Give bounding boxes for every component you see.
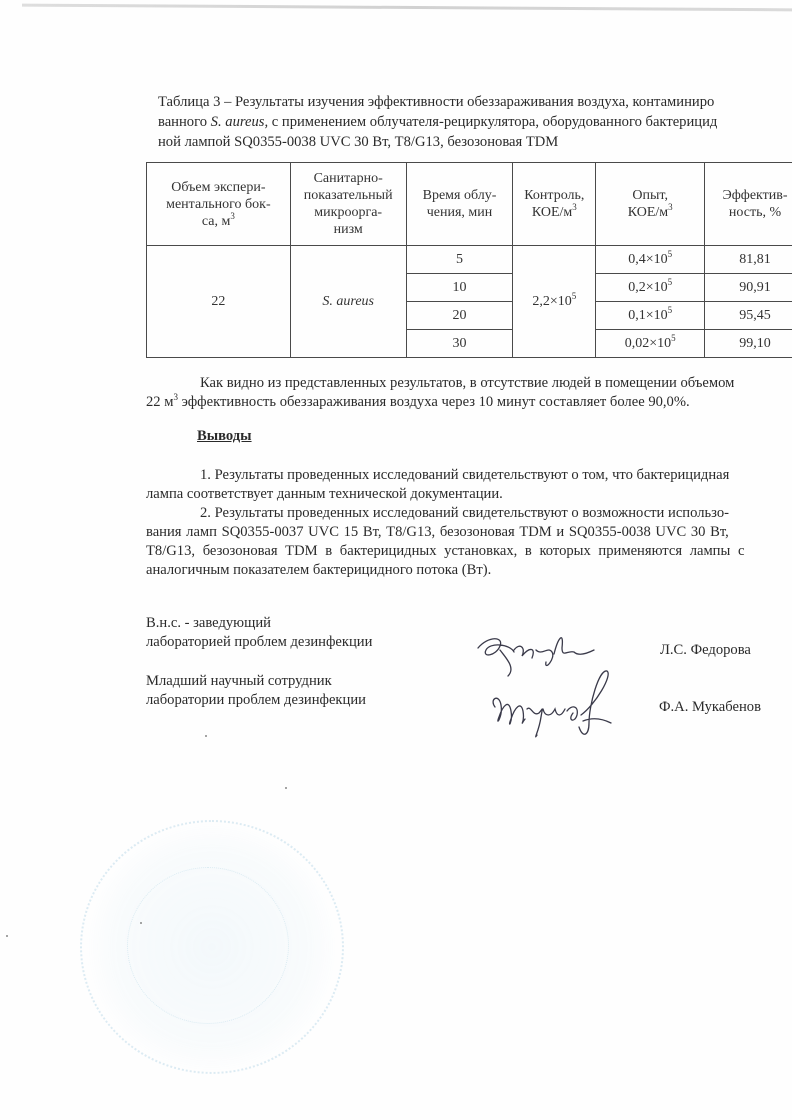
cell-efficiency: 90,91 [705,274,792,302]
scan-speck [6,935,8,937]
conclusion-1-line-1: 1. Результаты проведенных исследований с… [200,466,729,485]
results-table: Объем экспери-ментального бок-са, м3 Сан… [146,162,792,358]
caption-line-1: Таблица 3 – Результаты изучения эффектив… [158,92,792,112]
organism-name: S. aureus, [211,114,268,130]
scan-speck [140,922,142,924]
conclusion-2-line-2: вания ламп SQ0355-0037 UVC 15 Вт, T8/G13… [146,523,729,542]
scan-edge-line [22,4,792,12]
signatory-1-position-line-1: В.н.с. - заведующий [146,614,271,633]
cell-microorganism: S. aureus [290,246,406,358]
faint-stamp-seal [80,820,344,1074]
header-microorganism: Санитарно-показательныймикроорга-низм [290,163,406,246]
cell-time: 20 [406,302,513,330]
cell-efficiency: 81,81 [705,246,792,274]
cell-experiment: 0,1×105 [596,302,705,330]
caption-line-2: ванного S. aureus, с применением облучат… [158,112,792,132]
cell-time: 5 [406,246,513,274]
table-row: 22S. aureus52,2×1050,4×10581,81 [147,246,792,274]
cell-experiment: 0,2×105 [596,274,705,302]
signatory-2-position-line-2: лаборатории проблем дезинфекции [146,691,366,710]
cell-efficiency: 95,45 [705,302,792,330]
conclusions-heading: Выводы [197,428,252,445]
conclusion-1-line-2: лампа соответствует данным технической д… [146,485,503,504]
table-caption: Таблица 3 – Результаты изучения эффектив… [158,92,792,152]
signatory-2-name: Ф.А. Мукабенов [659,698,761,717]
scan-speck [285,787,287,789]
cell-efficiency: 99,10 [705,330,792,358]
header-experiment: Опыт,КОЕ/м3 [596,163,705,246]
header-efficiency: Эффектив-ность, % [705,163,792,246]
cell-control: 2,2×105 [513,246,596,358]
stamp-inner-ring [127,867,289,1024]
cell-experiment: 0,4×105 [596,246,705,274]
cell-time: 10 [406,274,513,302]
header-time: Время облу-чения, мин [406,163,513,246]
cell-experiment: 0,02×105 [596,330,705,358]
header-volume: Объем экспери-ментального бок-са, м3 [147,163,291,246]
scan-speck [205,735,207,737]
signatory-1-position-line-2: лабораторией проблем дезинфекции [146,633,372,652]
summary-line-2: 22 м3 эффективность обеззараживания возд… [146,393,690,412]
cell-time: 30 [406,330,513,358]
header-control: Контроль,КОЕ/м3 [513,163,596,246]
conclusion-2-line-3: T8/G13, безозоновая TDM в бактерицидных … [146,542,744,561]
conclusion-2-line-1: 2. Результаты проведенных исследований с… [200,504,729,523]
cell-volume: 22 [147,246,291,358]
signatory-1-name: Л.С. Федорова [660,641,751,660]
caption-line-3: ной лампой SQ0355-0038 UVC 30 Вт, T8/G13… [158,132,792,152]
signature-2-handwritten [485,665,625,745]
conclusion-2-line-4: аналогичным показателем бактерицидного п… [146,561,491,580]
signatory-2-position-line-1: Младший научный сотрудник [146,672,332,691]
table-header-row: Объем экспери-ментального бок-са, м3 Сан… [147,163,792,246]
summary-line-1: Как видно из представленных результатов,… [200,374,734,393]
